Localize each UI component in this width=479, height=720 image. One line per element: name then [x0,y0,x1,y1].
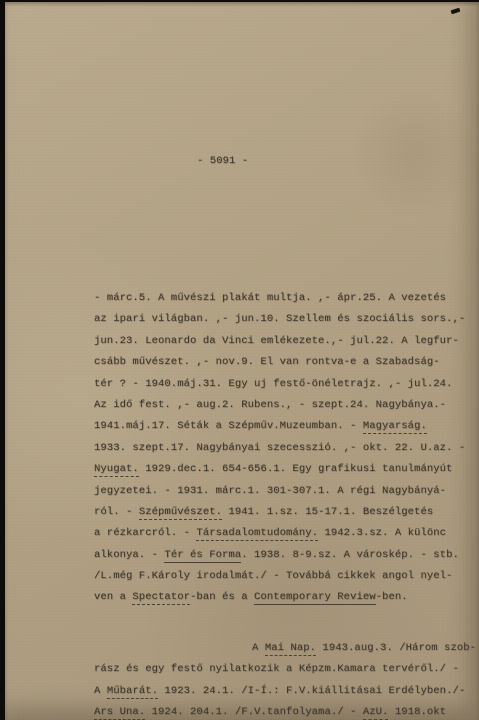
underlined-title: Műbarát. [107,685,158,699]
text-segment: 1918.okt [388,706,446,718]
typewritten-line: A Mai Nap. 1943.aug.3. /Három szob- [94,638,474,659]
text-segment: . 1938. 8-9.sz. A városkép. - stb. [241,549,459,561]
text-segment: - márc.5. A művészi plakát multja. ,- áp… [94,292,446,304]
typewritten-line: a rézkarcról. - Társadalomtudomány. 1942… [94,523,474,544]
underlined-title: Nyugat. [94,463,139,477]
text-segment: 1943.aug.3. /Három szob- [316,642,476,654]
typewritten-line: alkonya. - Tér és Forma. 1938. 8-9.sz. A… [94,545,474,566]
text-segment: rász és egy festő nyilatkozik a Képzm.Ka… [94,663,459,675]
text-segment: 1941. 1.sz. 15-17.1. Beszélgetés [222,506,433,518]
typewritten-line: Ars Una. 1924. 204.1. /F.V.tanfolyama./ … [94,702,474,720]
underlined-title: Mai Nap. [265,642,316,656]
text-segment: 1924. 204.1. /F.V.tanfolyama./ - [145,706,363,718]
typewritten-line: - márc.5. A művészi plakát multja. ,- áp… [94,288,474,309]
document-page: - 5091 - - márc.5. A művészi plakát mult… [5,2,479,720]
typewritten-line: az ipari világban. ,- jun.10. Szellem és… [94,309,474,330]
text-segment: csább művészet. ,- nov.9. El van rontva-… [94,356,440,368]
text-segment: /L.még F.Károly irodalmát./ - Továbbá ci… [94,570,452,582]
text-segment: 1923. 24.1. /I-Í.: F.V.kiállitásai Erdél… [158,685,465,697]
underlined-title: Tér és Forma [164,549,241,563]
typewritten-line: A Műbarát. 1923. 24.1. /I-Í.: F.V.kiálli… [94,681,474,702]
underlined-title: Társadalomtudomány. [196,527,318,541]
typewritten-line: rász és egy festő nyilatkozik a Képzm.Ka… [94,659,474,680]
underlined-title: Magyarság. [363,420,427,434]
typewritten-line: 1933. szept.17. Nagybányai szecesszió. ,… [94,438,474,459]
typewritten-line: jun.23. Leonardo da Vinci emlékezete.,- … [94,331,474,352]
text-segment: 1929.dec.1. 654-656.1. Egy grafikusi tan… [139,463,453,475]
typewritten-line: Az idő fest. ,- aug.2. Rubens., - szept.… [94,395,474,416]
second-paragraph: A Mai Nap. 1943.aug.3. /Három szob-rász … [94,638,474,720]
underlined-title: Spectator [132,591,190,605]
text-segment: Az idő fest. ,- aug.2. Rubens., - szept.… [94,399,446,411]
typewritten-line: csább művészet. ,- nov.9. El van rontva-… [94,352,474,373]
typewritten-line: 1941.máj.17. Séták a Szépműv.Muzeumban. … [94,416,474,437]
underlined-title: Ars Una. [94,706,145,720]
text-segment: tér ? - 1940.máj.31. Egy uj festő-önélet… [94,378,452,390]
text-segment: ról. - [94,506,139,518]
text-segment: 1942.3.sz. A különc [318,527,446,539]
typewritten-line: ról. - Szépművészet. 1941. 1.sz. 15-17.1… [94,502,474,523]
underlined-title: AzU. [363,706,389,720]
ink-speck [451,8,461,15]
text-segment: alkonya. - [94,549,164,561]
typewritten-line: /L.még F.Károly irodalmát./ - Továbbá ci… [94,566,474,587]
text-segment: jegyzetei. - 1931. márc.1. 301-307.1. A … [94,485,446,497]
scanned-document: - 5091 - - márc.5. A művészi plakát mult… [0,0,479,720]
text-segment: A [252,642,265,654]
text-segment: -ban és a [190,591,254,603]
text-segment: a rézkarcról. - [94,527,196,539]
underlined-title: Szépművészet. [139,506,222,520]
text-segment: 1941.máj.17. Séták a Szépműv.Muzeumban. … [94,420,363,432]
underlined-title: Contemporary Review [254,591,376,605]
text-segment: az ipari világban. ,- jun.10. Szellem és… [94,313,465,325]
typewritten-line: ven a Spectator-ban és a Contemporary Re… [94,587,474,608]
text-segment: A [94,685,107,697]
text-segment: ven a [94,591,132,603]
text-segment: jun.23. Leonardo da Vinci emlékezete.,- … [94,335,459,347]
page-number: - 5091 - [197,155,248,167]
bibliography-paragraph: - márc.5. A művészi plakát multja. ,- áp… [94,288,474,609]
typewritten-line: jegyzetei. - 1931. márc.1. 301-307.1. A … [94,481,474,502]
text-segment: -ben. [376,591,408,603]
typewritten-line: tér ? - 1940.máj.31. Egy uj festő-önélet… [94,374,474,395]
typewritten-line: Nyugat. 1929.dec.1. 654-656.1. Egy grafi… [94,459,474,480]
text-segment: 1933. szept.17. Nagybányai szecesszió. ,… [94,442,465,454]
